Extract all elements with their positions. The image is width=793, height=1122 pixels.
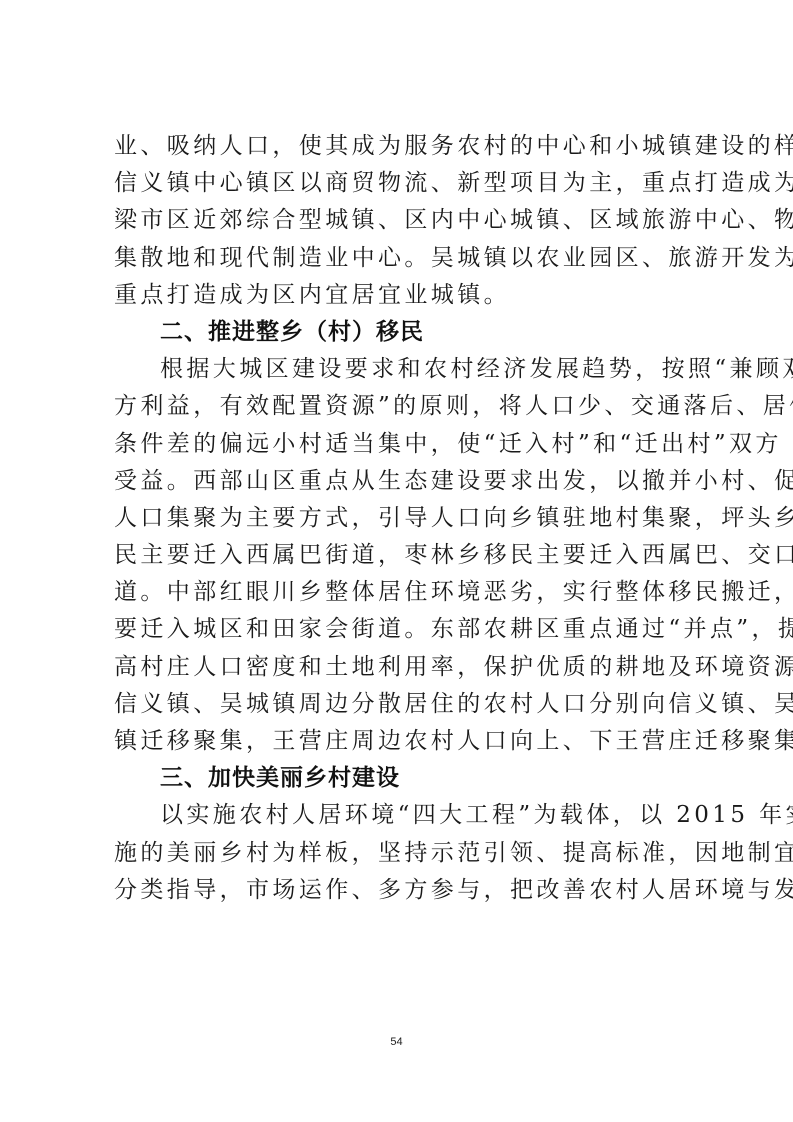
paragraph-line: 信义镇、吴城镇周边分散居住的农村人口分别向信义镇、吴城 bbox=[114, 686, 680, 723]
paragraph-line: 镇迁移聚集，王营庄周边农村人口向上、下王营庄迁移聚集。 bbox=[114, 723, 680, 760]
paragraph-line: 道。中部红眼川乡整体居住环境恶劣，实行整体移民搬迁，主 bbox=[114, 574, 680, 611]
paragraph-line: 人口集聚为主要方式，引导人口向乡镇驻地村集聚，坪头乡移 bbox=[114, 500, 680, 537]
paragraph-line: 条件差的偏远小村适当集中，使“迁入村”和“迁出村”双方 bbox=[114, 426, 680, 463]
paragraph-line: 方利益，有效配置资源”的原则，将人口少、交通落后、居住 bbox=[114, 388, 680, 425]
paragraph-line: 施的美丽乡村为样板，坚持示范引领、提高标准，因地制宜、 bbox=[114, 835, 680, 872]
paragraph-line: 信义镇中心镇区以商贸物流、新型项目为主，重点打造成为吕 bbox=[114, 165, 680, 202]
paragraph-line: 高村庄人口密度和土地利用率，保护优质的耕地及环境资源， bbox=[114, 649, 680, 686]
paragraph-line: 根据大城区建设要求和农村经济发展趋势，按照“兼顾双 bbox=[114, 351, 680, 388]
paragraph-line: 受益。西部山区重点从生态建设要求出发，以撤并小村、促进 bbox=[114, 463, 680, 500]
section-heading-2: 二、推进整乡（村）移民 bbox=[114, 314, 680, 351]
page-number: 54 bbox=[0, 1036, 793, 1048]
paragraph-line: 要迁入城区和田家会街道。东部农耕区重点通过“并点”，提 bbox=[114, 611, 680, 648]
paragraph-line: 业、吸纳人口，使其成为服务农村的中心和小城镇建设的样板。 bbox=[114, 128, 680, 165]
paragraph-line: 分类指导，市场运作、多方参与，把改善农村人居环境与发展 bbox=[114, 872, 680, 909]
document-body: 业、吸纳人口，使其成为服务农村的中心和小城镇建设的样板。 信义镇中心镇区以商贸物… bbox=[114, 128, 680, 909]
paragraph-line: 民主要迁入西属巴街道，枣林乡移民主要迁入西属巴、交口街 bbox=[114, 537, 680, 574]
paragraph-line: 梁市区近郊综合型城镇、区内中心城镇、区域旅游中心、物流 bbox=[114, 202, 680, 239]
paragraph-line: 以实施农村人居环境“四大工程”为载体，以 2015 年实 bbox=[114, 797, 680, 834]
paragraph-line: 重点打造成为区内宜居宜业城镇。 bbox=[114, 277, 680, 314]
section-heading-3: 三、加快美丽乡村建设 bbox=[114, 760, 680, 797]
paragraph-line: 集散地和现代制造业中心。吴城镇以农业园区、旅游开发为主， bbox=[114, 240, 680, 277]
